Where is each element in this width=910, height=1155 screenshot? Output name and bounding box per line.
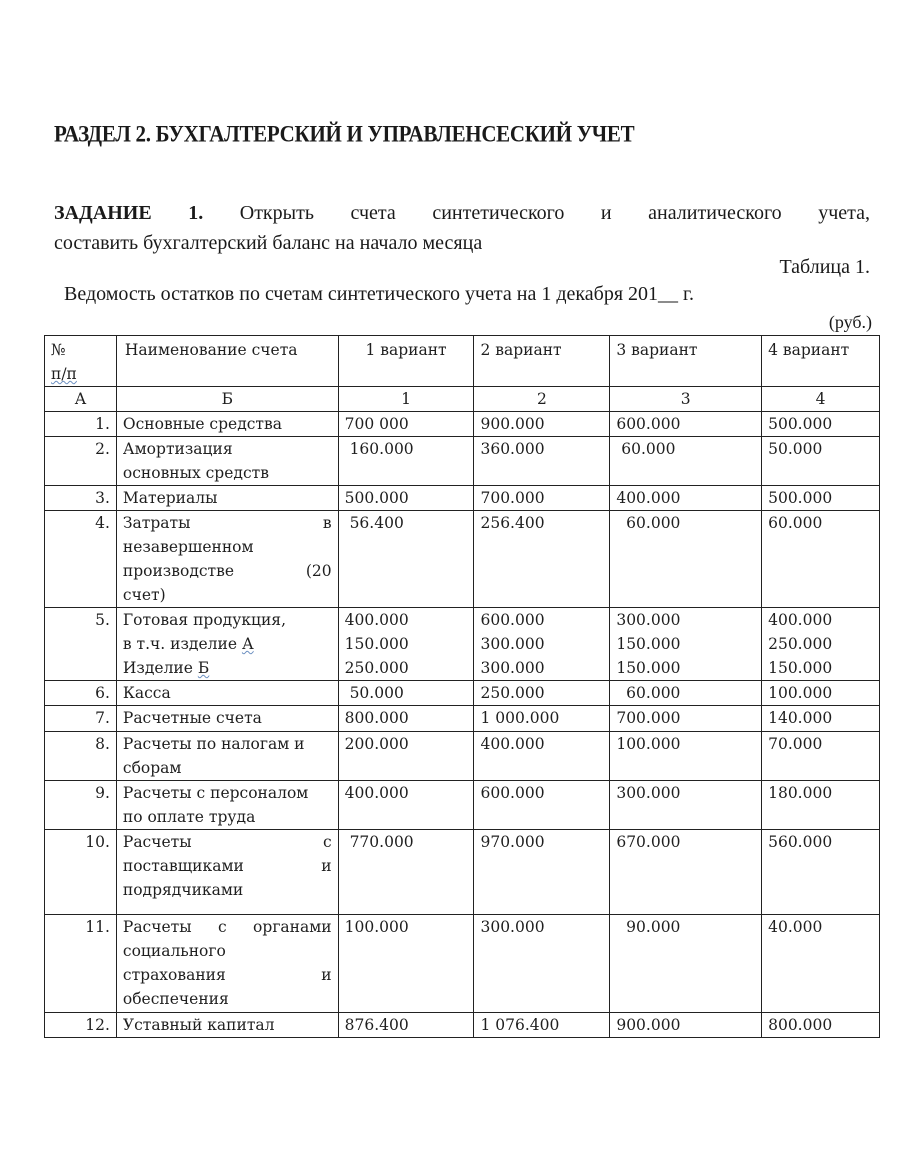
row-number: 5. — [45, 608, 117, 681]
amount: 360.000 — [480, 437, 603, 461]
amount: 970.000 — [480, 830, 603, 854]
amount: 60.000 — [616, 437, 755, 461]
row-number: 3. — [45, 486, 117, 511]
amount: 150.000 — [616, 656, 755, 680]
variant-4-value: 500.000 — [762, 486, 880, 511]
variant-2-value: 600.000300.000300.000 — [474, 608, 610, 681]
amount: 160.000 — [345, 437, 468, 461]
variant-2-value: 700.000 — [474, 486, 610, 511]
amount: 140.000 — [768, 706, 873, 730]
amount: 876.400 — [345, 1013, 468, 1037]
variant-3-value: 700.000 — [610, 706, 762, 732]
section-title: РАЗДЕЛ 2. БУХГАЛТЕРСКИЙ И УПРАВЛЕНСЕСКИЙ… — [54, 121, 634, 148]
account-name-line: Готовая продукция, — [123, 608, 332, 632]
row-number: 11. — [45, 915, 117, 1013]
amount: 300.000 — [480, 915, 603, 939]
table-header-row: № п/п Наименование счета 1 вариант 2 вар… — [45, 336, 880, 387]
variant-1-value: 200.000 — [338, 732, 474, 781]
account-name-line: страхования и — [123, 963, 332, 987]
variant-3-value: 90.000 — [610, 915, 762, 1013]
amount: 560.000 — [768, 830, 873, 854]
amount: 50.000 — [345, 681, 468, 705]
account-name-line: по оплате труда — [123, 805, 332, 829]
header-number: № п/п — [45, 336, 117, 387]
amount: 800.000 — [345, 706, 468, 730]
currency-note: (руб.) — [829, 312, 872, 333]
amount: 100.000 — [616, 732, 755, 756]
variant-2-value: 1 000.000 — [474, 706, 610, 732]
row-number: 6. — [45, 681, 117, 706]
variant-2-value: 360.000 — [474, 437, 610, 486]
amount: 600.000 — [616, 412, 755, 436]
letter-cell: 1 — [338, 387, 474, 412]
account-name: Готовая продукция,в т.ч. изделие АИздели… — [116, 608, 338, 681]
amount: 100.000 — [768, 681, 873, 705]
account-name-line: социального — [123, 939, 332, 963]
amount: 670.000 — [616, 830, 755, 854]
account-name: Расчеты споставщиками иподрядчиками — [116, 830, 338, 915]
table-row: 11.Расчеты с органамисоциальногострахова… — [45, 915, 880, 1013]
row-number: 9. — [45, 781, 117, 830]
variant-4-value: 50.000 — [762, 437, 880, 486]
variant-3-value: 670.000 — [610, 830, 762, 915]
variant-3-value: 60.000 — [610, 511, 762, 608]
amount: 600.000 — [480, 781, 603, 805]
amount: 400.000 — [345, 781, 468, 805]
variant-1-value: 700 000 — [338, 412, 474, 437]
header-account-name: Наименование счета — [116, 336, 338, 387]
variant-3-value: 300.000 — [610, 781, 762, 830]
variant-1-value: 876.400 — [338, 1013, 474, 1038]
variant-2-value: 400.000 — [474, 732, 610, 781]
account-name-line: поставщиками и — [123, 854, 332, 878]
amount: 250.000 — [768, 632, 873, 656]
variant-2-value: 250.000 — [474, 681, 610, 706]
amount: 700.000 — [616, 706, 755, 730]
amount: 70.000 — [768, 732, 873, 756]
statement-title: Ведомость остатков по счетам синтетическ… — [64, 283, 694, 306]
table-row: 12.Уставный капитал876.4001 076.400900.0… — [45, 1013, 880, 1038]
letter-cell: Б — [116, 387, 338, 412]
variant-4-value: 60.000 — [762, 511, 880, 608]
row-number: 12. — [45, 1013, 117, 1038]
amount: 300.000 — [480, 656, 603, 680]
account-name-line: незавершенном — [123, 535, 332, 559]
amount: 400.000 — [616, 486, 755, 510]
account-name-line: в т.ч. изделие А — [123, 632, 332, 656]
amount: 770.000 — [345, 830, 468, 854]
table-row: 9.Расчеты с персоналомпо оплате труда400… — [45, 781, 880, 830]
variant-3-value: 600.000 — [610, 412, 762, 437]
table-letters-row: А Б 1 2 3 4 — [45, 387, 880, 412]
table-row: 6.Касса 50.000250.000 60.000100.000 — [45, 681, 880, 706]
balances-table: № п/п Наименование счета 1 вариант 2 вар… — [44, 335, 880, 1038]
variant-2-value: 300.000 — [474, 915, 610, 1013]
header-variant-3: 3 вариант — [610, 336, 762, 387]
amount: 900.000 — [616, 1013, 755, 1037]
variant-1-value: 56.400 — [338, 511, 474, 608]
account-name-line: подрядчиками — [123, 878, 332, 902]
account-name-line: Затраты в — [123, 511, 332, 535]
account-name-line: Амортизация — [123, 437, 332, 461]
account-name: Расчеты с персоналомпо оплате труда — [116, 781, 338, 830]
row-number: 7. — [45, 706, 117, 732]
variant-3-value: 300.000150.000150.000 — [610, 608, 762, 681]
amount: 56.400 — [345, 511, 468, 535]
task-description: ЗАДАНИЕ 1. Открыть счета синтетического … — [54, 198, 870, 258]
amount: 180.000 — [768, 781, 873, 805]
header-variant-4: 4 вариант — [762, 336, 880, 387]
account-name-line: сборам — [123, 756, 332, 780]
account-name-line: обеспечения — [123, 987, 332, 1011]
account-name: Амортизацияосновных средств — [116, 437, 338, 486]
letter-cell: 4 — [762, 387, 880, 412]
table-row: 1.Основные средства700 000900.000600.000… — [45, 412, 880, 437]
variant-4-value: 40.000 — [762, 915, 880, 1013]
amount: 1 000.000 — [480, 706, 603, 730]
amount: 800.000 — [768, 1013, 873, 1037]
variant-1-value: 400.000150.000250.000 — [338, 608, 474, 681]
header-variant-1: 1 вариант — [338, 336, 474, 387]
table-row: 7.Расчетные счета800.0001 000.000700.000… — [45, 706, 880, 732]
account-name: Основные средства — [116, 412, 338, 437]
amount: 500.000 — [768, 486, 873, 510]
amount: 400.000 — [480, 732, 603, 756]
amount: 150.000 — [616, 632, 755, 656]
account-name-line: Расчетные счета — [123, 706, 332, 730]
account-name-line: производстве (20 — [123, 559, 332, 583]
account-name-line: Расчеты по налогам и — [123, 732, 332, 756]
variant-4-value: 70.000 — [762, 732, 880, 781]
variant-3-value: 400.000 — [610, 486, 762, 511]
amount: 60.000 — [616, 681, 755, 705]
variant-4-value: 400.000250.000150.000 — [762, 608, 880, 681]
variant-2-value: 970.000 — [474, 830, 610, 915]
variant-4-value: 100.000 — [762, 681, 880, 706]
account-name-line: Изделие Б — [123, 656, 332, 680]
amount: 150.000 — [768, 656, 873, 680]
variant-1-value: 400.000 — [338, 781, 474, 830]
variant-4-value: 800.000 — [762, 1013, 880, 1038]
amount: 1 076.400 — [480, 1013, 603, 1037]
account-name-line: Основные средства — [123, 412, 332, 436]
header-number-symbol: № — [51, 338, 110, 362]
amount: 300.000 — [616, 781, 755, 805]
amount: 60.000 — [616, 511, 755, 535]
variant-2-value: 1 076.400 — [474, 1013, 610, 1038]
variant-3-value: 900.000 — [610, 1013, 762, 1038]
amount: 900.000 — [480, 412, 603, 436]
letter-cell: 2 — [474, 387, 610, 412]
account-name-line: Материалы — [123, 486, 332, 510]
variant-2-value: 600.000 — [474, 781, 610, 830]
variant-4-value: 140.000 — [762, 706, 880, 732]
account-name-line: Уставный капитал — [123, 1013, 332, 1037]
variant-3-value: 60.000 — [610, 437, 762, 486]
table-row: 4.Затраты внезавершенномпроизводстве (20… — [45, 511, 880, 608]
amount: 200.000 — [345, 732, 468, 756]
task-label: ЗАДАНИЕ 1. — [54, 202, 203, 224]
variant-1-value: 100.000 — [338, 915, 474, 1013]
variant-3-value: 60.000 — [610, 681, 762, 706]
row-number: 2. — [45, 437, 117, 486]
variant-4-value: 180.000 — [762, 781, 880, 830]
table-row: 10.Расчеты споставщиками иподрядчиками 7… — [45, 830, 880, 915]
account-name-line: Расчеты с органами — [123, 915, 332, 939]
table-row: 8.Расчеты по налогам исборам200.000400.0… — [45, 732, 880, 781]
amount: 700 000 — [345, 412, 468, 436]
variant-1-value: 50.000 — [338, 681, 474, 706]
amount: 150.000 — [345, 632, 468, 656]
variant-1-value: 800.000 — [338, 706, 474, 732]
amount: 250.000 — [480, 681, 603, 705]
amount: 700.000 — [480, 486, 603, 510]
amount: 50.000 — [768, 437, 873, 461]
variant-4-value: 560.000 — [762, 830, 880, 915]
variant-1-value: 160.000 — [338, 437, 474, 486]
variant-4-value: 500.000 — [762, 412, 880, 437]
account-name-line: основных средств — [123, 461, 332, 485]
account-name: Уставный капитал — [116, 1013, 338, 1038]
variant-2-value: 256.400 — [474, 511, 610, 608]
row-number: 1. — [45, 412, 117, 437]
account-name: Расчеты с органамисоциальногострахования… — [116, 915, 338, 1013]
account-name: Расчетные счета — [116, 706, 338, 732]
task-line-2: составить бухгалтерский баланс на начало… — [54, 228, 870, 258]
account-name: Расчеты по налогам исборам — [116, 732, 338, 781]
account-name-line: Касса — [123, 681, 332, 705]
amount: 100.000 — [345, 915, 468, 939]
account-name: Материалы — [116, 486, 338, 511]
letter-cell: А — [45, 387, 117, 412]
amount: 90.000 — [616, 915, 755, 939]
amount: 40.000 — [768, 915, 873, 939]
task-line-1: ЗАДАНИЕ 1. Открыть счета синтетического … — [54, 198, 870, 228]
amount: 60.000 — [768, 511, 873, 535]
task-text-1: Открыть счета синтетического и аналитиче… — [240, 202, 870, 224]
row-number: 10. — [45, 830, 117, 915]
variant-2-value: 900.000 — [474, 412, 610, 437]
amount: 300.000 — [480, 632, 603, 656]
amount: 400.000 — [768, 608, 873, 632]
amount: 500.000 — [768, 412, 873, 436]
amount: 400.000 — [345, 608, 468, 632]
table-row: 2.Амортизацияосновных средств 160.000360… — [45, 437, 880, 486]
header-number-abbr: п/п — [51, 362, 110, 386]
amount: 600.000 — [480, 608, 603, 632]
variant-1-value: 770.000 — [338, 830, 474, 915]
letter-cell: 3 — [610, 387, 762, 412]
row-number: 8. — [45, 732, 117, 781]
header-variant-2: 2 вариант — [474, 336, 610, 387]
row-number: 4. — [45, 511, 117, 608]
variant-3-value: 100.000 — [610, 732, 762, 781]
account-name: Касса — [116, 681, 338, 706]
spellcheck-mark: Б — [198, 659, 209, 677]
variant-1-value: 500.000 — [338, 486, 474, 511]
account-name-line: счет) — [123, 583, 332, 607]
table-row: 3.Материалы500.000700.000400.000500.000 — [45, 486, 880, 511]
table-caption: Таблица 1. — [779, 256, 870, 279]
amount: 500.000 — [345, 486, 468, 510]
spellcheck-mark: А — [242, 635, 254, 653]
account-name: Затраты внезавершенномпроизводстве (20сч… — [116, 511, 338, 608]
amount: 250.000 — [345, 656, 468, 680]
account-name-line: Расчеты с персоналом — [123, 781, 332, 805]
account-name-line: Расчеты с — [123, 830, 332, 854]
amount: 256.400 — [480, 511, 603, 535]
table-row: 5.Готовая продукция,в т.ч. изделие АИзде… — [45, 608, 880, 681]
amount: 300.000 — [616, 608, 755, 632]
